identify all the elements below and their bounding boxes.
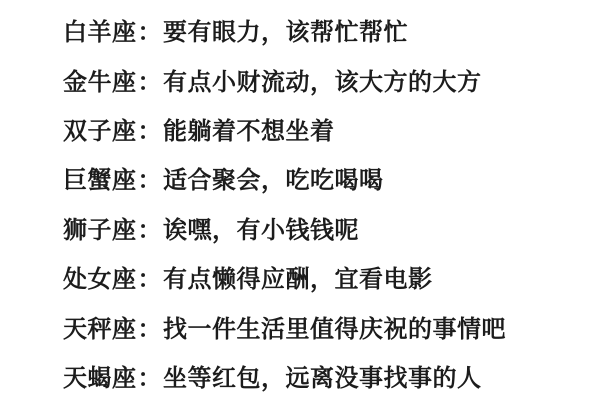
sign-name: 白羊座 — [63, 12, 137, 47]
horoscope-line: 双子座 ： 能躺着不想坐着 — [63, 104, 600, 153]
fortune-text: 要有眼力，该帮忙帮忙 — [163, 12, 408, 47]
fortune-text: 适合聚会，吃吃喝喝 — [163, 160, 384, 195]
horoscope-line: 天蝎座 ： 坐等红包，远离没事找事的人 — [63, 351, 600, 400]
sign-name: 狮子座 — [63, 210, 137, 245]
sign-name: 天秤座 — [63, 309, 137, 344]
sign-colon: ： — [138, 358, 163, 393]
sign-colon: ： — [138, 111, 163, 146]
horoscope-line: 白羊座 ： 要有眼力，该帮忙帮忙 — [63, 5, 600, 54]
fortune-text: 坐等红包，远离没事找事的人 — [163, 358, 482, 393]
sign-colon: ： — [138, 12, 163, 47]
sign-name: 处女座 — [63, 259, 137, 294]
sign-colon: ： — [138, 62, 163, 97]
fortune-text: 能躺着不想坐着 — [163, 111, 335, 146]
sign-name: 金牛座 — [63, 62, 137, 97]
horoscope-line: 巨蟹座 ： 适合聚会，吃吃喝喝 — [63, 153, 600, 202]
horoscope-line: 天秤座 ： 找一件生活里值得庆祝的事情吧 — [63, 301, 600, 350]
fortune-text: 找一件生活里值得庆祝的事情吧 — [163, 309, 506, 344]
horoscope-page: 白羊座 ： 要有眼力，该帮忙帮忙 金牛座 ： 有点小财流动，该大方的大方 双子座… — [0, 0, 600, 400]
fortune-text: 诶嘿，有小钱钱呢 — [163, 210, 359, 245]
sign-colon: ： — [138, 210, 163, 245]
horoscope-list: 白羊座 ： 要有眼力，该帮忙帮忙 金牛座 ： 有点小财流动，该大方的大方 双子座… — [63, 5, 600, 400]
sign-colon: ： — [138, 160, 163, 195]
fortune-text: 有点小财流动，该大方的大方 — [163, 62, 482, 97]
sign-name: 巨蟹座 — [63, 160, 137, 195]
fortune-text: 有点懒得应酬，宜看电影 — [163, 259, 433, 294]
sign-name: 双子座 — [63, 111, 137, 146]
horoscope-line: 狮子座 ： 诶嘿，有小钱钱呢 — [63, 203, 600, 252]
horoscope-line: 金牛座 ： 有点小财流动，该大方的大方 — [63, 54, 600, 103]
sign-name: 天蝎座 — [63, 358, 137, 393]
sign-colon: ： — [138, 309, 163, 344]
horoscope-line: 处女座 ： 有点懒得应酬，宜看电影 — [63, 252, 600, 301]
sign-colon: ： — [138, 259, 163, 294]
